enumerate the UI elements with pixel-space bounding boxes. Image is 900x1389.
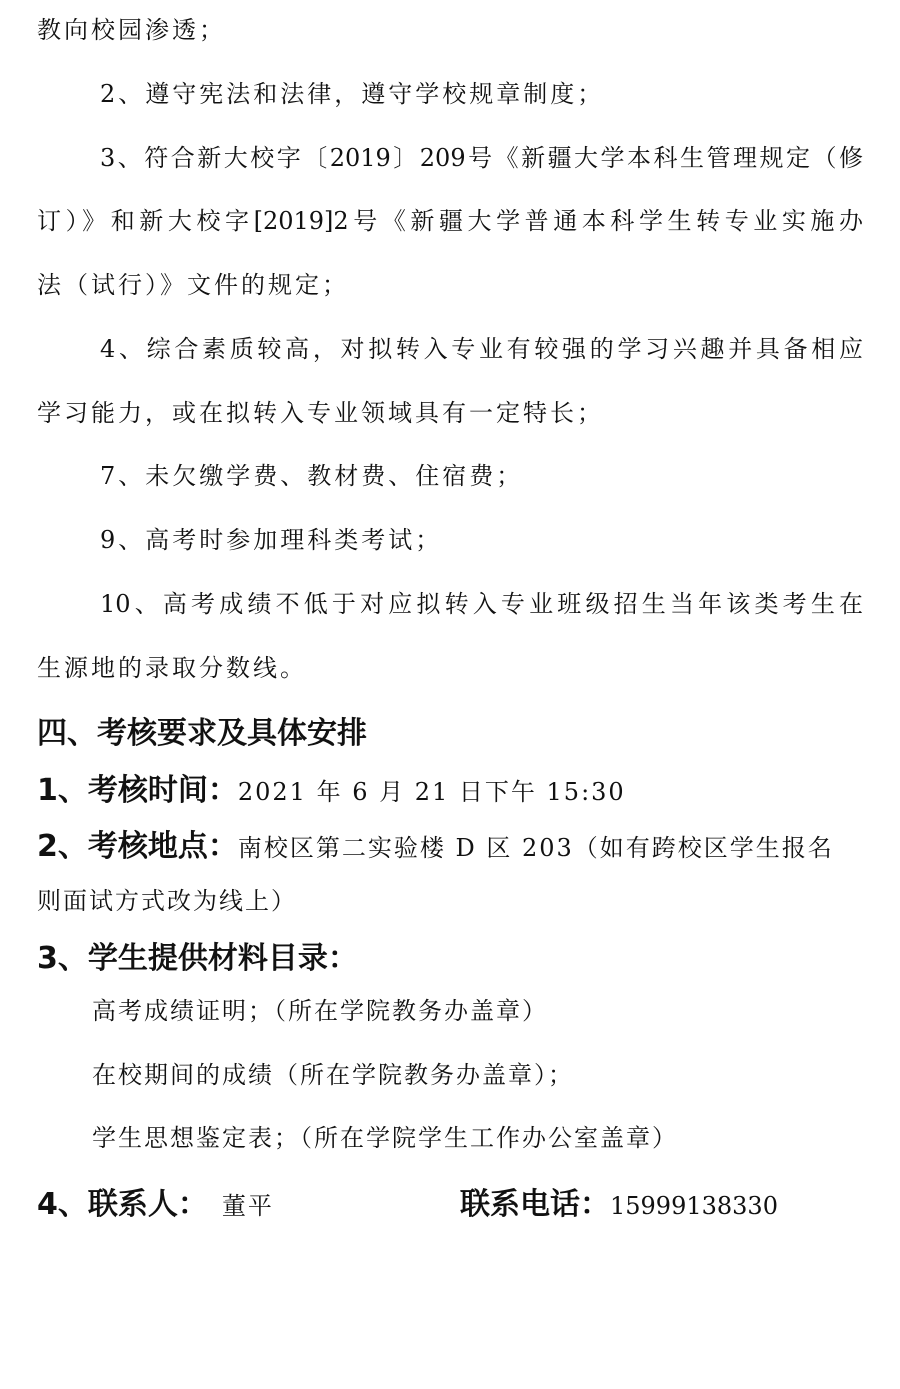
requirement-3-line1: 3、符合新大校字〔2019〕209号《新疆大学本科生管理规定（修 <box>100 143 863 173</box>
material-item: 高考成绩证明；（所在学院教务办盖章） <box>92 996 548 1026</box>
requirement-3-line3: 法（试行）》文件的规定； <box>37 270 349 300</box>
section-4-title: 四、考核要求及具体安排 <box>37 716 367 752</box>
requirement-9: 9、高考时参加理科类考试； <box>100 525 442 555</box>
requirement-4-line2: 学习能力，或在拟转入专业领域具有一定特长； <box>37 398 604 428</box>
exam-time: 1、考核时间：2021 年 6 月 21 日下午 15:30 <box>37 773 626 810</box>
phone-label: 联系电话： <box>460 1187 610 1222</box>
phone-number: 15999138330 <box>610 1192 778 1220</box>
exam-place-value-cont: 则面试方式改为线上） <box>37 886 297 916</box>
material-item: 在校期间的成绩（所在学院教务办盖章）； <box>92 1060 574 1090</box>
exam-place: 2、考核地点：南校区第二实验楼 D 区 203（如有跨校区学生报名 <box>37 829 834 866</box>
requirement-10-line1: 10、高考成绩不低于对应拟转入专业班级招生当年该类考生在 <box>100 589 863 619</box>
requirement-3-line2: 订）》和新大校字[2019]2号《新疆大学普通本科学生转专业实施办 <box>37 206 863 236</box>
requirement-2: 2、遵守宪法和法律，遵守学校规章制度； <box>100 79 604 109</box>
contact-phone-row: 联系电话：15999138330 <box>460 1187 778 1224</box>
material-item: 学生思想鉴定表；（所在学院学生工作办公室盖章） <box>92 1123 678 1153</box>
materials-title: 3、学生提供材料目录： <box>37 941 358 977</box>
paragraph-continuation: 教向校园渗透； <box>37 15 226 45</box>
requirement-4-line1: 4、综合素质较高，对拟转入专业有较强的学习兴趣并具备相应 <box>100 334 863 364</box>
exam-time-label: 1、考核时间： <box>37 773 238 808</box>
exam-time-value: 2021 年 6 月 21 日下午 15:30 <box>238 778 626 806</box>
requirement-10-line2: 生源地的录取分数线。 <box>37 653 307 683</box>
exam-place-label: 2、考核地点： <box>37 829 238 864</box>
contact-name: 董平 <box>222 1192 274 1220</box>
contact-row: 4、联系人：董平 <box>37 1187 274 1224</box>
contact-label: 4、联系人： <box>37 1187 208 1222</box>
requirement-7: 7、未欠缴学费、教材费、住宿费； <box>100 461 523 491</box>
exam-place-value: 南校区第二实验楼 D 区 203（如有跨校区学生报名 <box>238 834 834 862</box>
